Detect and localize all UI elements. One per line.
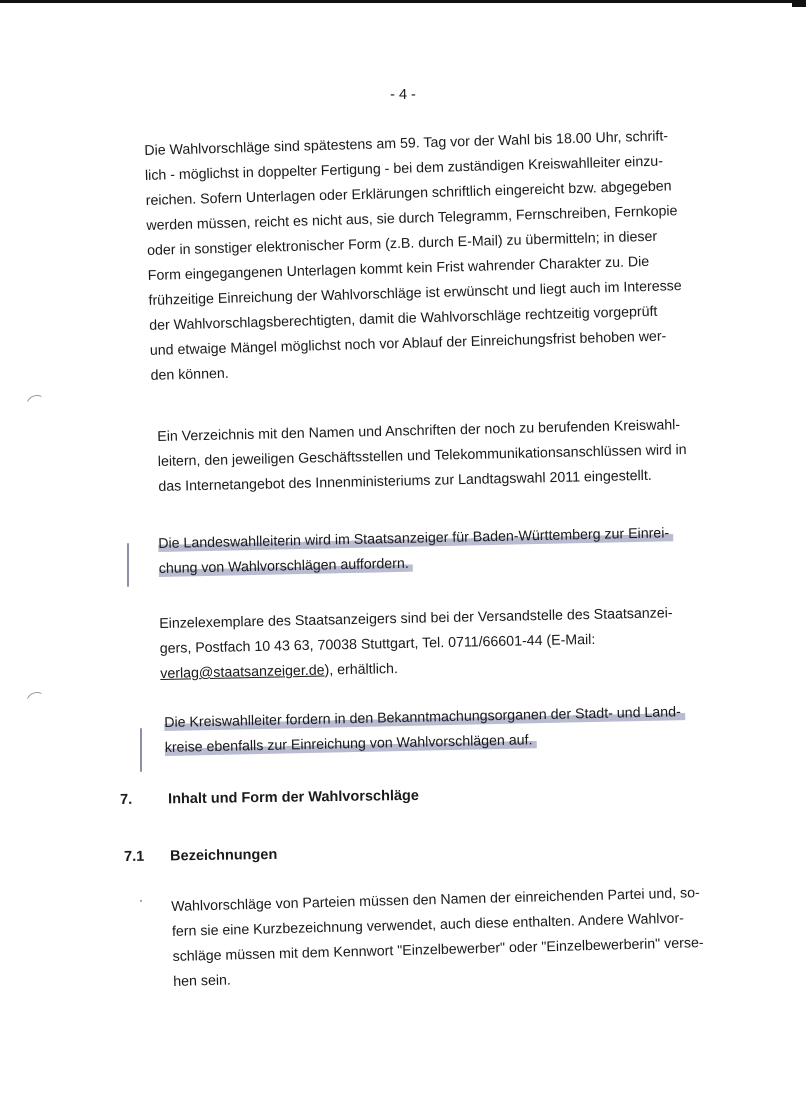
paragraph-submission-deadline: Die Wahlvorschläge sind spätestens am 59…	[144, 124, 684, 389]
highlighted-text-line: chung von Wahlvorschlägen auffordern.	[159, 556, 413, 577]
highlighted-text-line: kreise ebenfalls zur Einreichung von Wah…	[165, 732, 537, 756]
section-number: 7.	[120, 791, 168, 808]
paragraph-kreiswahlleiter-highlighted: Die Kreiswahlleiter fordern in den Bekan…	[164, 700, 686, 761]
bullet-dot-icon: ·	[139, 893, 143, 907]
paragraph-directory: Ein Verzeichnis mit den Namen und Anschr…	[157, 413, 687, 500]
scan-edge	[0, 0, 806, 3]
paragraph-bezeichnungen: Wahlvorschläge von Parteien müssen den N…	[171, 881, 705, 995]
section-heading-7: 7.Inhalt und Form der Wahlvorschläge	[120, 788, 419, 808]
section-title: Inhalt und Form der Wahlvorschläge	[168, 788, 419, 808]
margin-pen-mark	[140, 728, 142, 772]
paragraph-landeswahlleiterin-highlighted: Die Landeswahlleiterin wird im Staatsanz…	[158, 521, 674, 582]
margin-pen-mark	[127, 543, 129, 587]
email-link[interactable]: verlag@staatsanzeiger.de	[160, 663, 325, 682]
punch-hole-mark	[23, 392, 51, 420]
paragraph-staatsanzeiger: Einzelexemplare des Staatsanzeigers sind…	[159, 601, 674, 687]
text-fragment: ), erhältlich.	[324, 661, 398, 679]
section-title: Bezeichnungen	[170, 847, 277, 864]
section-number: 7.1	[124, 848, 170, 865]
punch-hole-mark	[23, 689, 51, 717]
page-number: - 4 -	[0, 87, 806, 103]
scan-edge-corner	[792, 0, 806, 7]
section-heading-7-1: 7.1Bezeichnungen	[124, 847, 277, 865]
